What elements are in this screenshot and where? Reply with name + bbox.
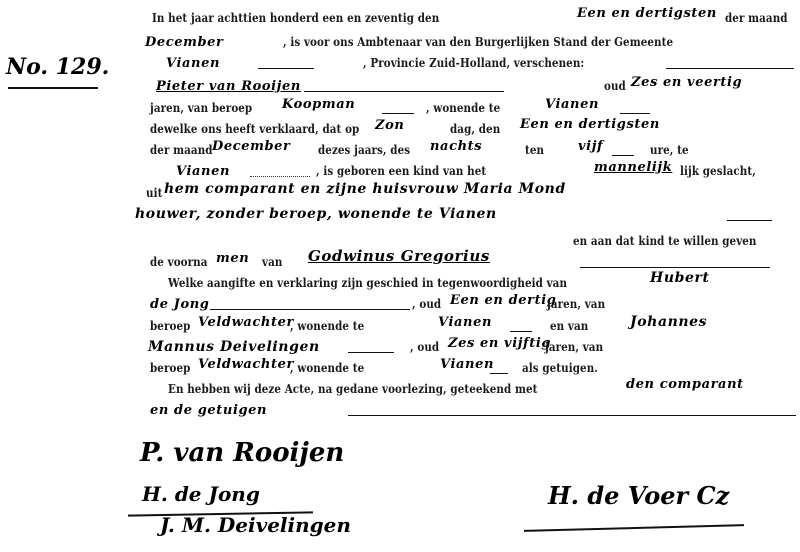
fill-rule — [727, 219, 772, 221]
record-line-14: de Jong , oud Een en dertig jaren, van — [150, 296, 209, 313]
fill-rule — [580, 266, 770, 268]
record-line-18: En hebben wij deze Acte, na gedane voorl… — [168, 381, 598, 397]
printed-text: lijk geslacht, — [680, 163, 756, 179]
fill-rule — [382, 112, 414, 114]
record-line-5: jaren, van beroep Koopman , wonende te V… — [150, 100, 269, 116]
record-line-19: en de getuigen — [150, 402, 267, 419]
printed-text: , is geboren een kind van het — [316, 163, 486, 179]
handwritten-declarant-name: Pieter van Rooijen — [156, 79, 301, 94]
handwritten-residence: Vianen — [545, 97, 599, 113]
fill-rule — [510, 330, 532, 332]
signature-declarant: P. van Rooijen — [140, 438, 344, 468]
handwritten-parents: hem comparant en zijne huisvrouw Maria M… — [164, 181, 566, 197]
record-line-10: houwer, zonder beroep, wonende te Vianen — [135, 206, 497, 222]
printed-text: , wonende te — [290, 360, 364, 376]
printed-text: en aan dat kind te willen geven — [573, 233, 757, 249]
printed-text: , is voor ons Ambtenaar van den Burgerli… — [283, 34, 673, 50]
handwritten-birth-month: December — [212, 139, 291, 155]
handwritten-birthplace: Vianen — [176, 164, 230, 179]
printed-text: jaren, van — [547, 296, 605, 312]
record-line-9: uit hem comparant en zijne huisvrouw Mar… — [146, 185, 165, 201]
handwritten-mother-continued: houwer, zonder beroep, wonende te Vianen — [135, 206, 497, 222]
printed-text: Welke aangifte en verklaring zijn geschi… — [168, 275, 567, 291]
signature-flourish — [524, 524, 744, 531]
handwritten-day: Een en dertigsten — [577, 6, 717, 22]
register-number: No. 129. — [6, 54, 109, 80]
printed-text: En hebben wij deze Acte, na gedane voorl… — [168, 381, 537, 397]
printed-text: ure, te — [650, 142, 689, 158]
fill-rule — [490, 372, 508, 374]
handwritten-signed-with-continued: en de getuigen — [150, 403, 267, 418]
record-line-11: en aan dat kind te willen geven — [573, 233, 786, 249]
record-line-8: Vianen , is geboren een kind van het man… — [176, 163, 230, 180]
printed-text: In het jaar achttien honderd een en zeve… — [152, 10, 439, 26]
printed-text: jaren, van beroep — [150, 100, 252, 116]
fill-rule — [304, 90, 504, 92]
handwritten-witness1-residence: Vianen — [438, 315, 492, 331]
printed-text: de voorna — [150, 254, 208, 270]
printed-text: van — [262, 254, 282, 270]
civil-register-birth-record: No. 129. In het jaar achttien honderd ee… — [0, 0, 800, 552]
printed-text: jaren, van — [545, 339, 603, 355]
handwritten-plural-suffix: men — [216, 251, 249, 267]
record-line-1: In het jaar achttien honderd een en zeve… — [152, 10, 486, 26]
handwritten-birth-day: Een en dertigsten — [520, 117, 660, 133]
printed-text: ten — [525, 142, 544, 158]
fill-rule — [348, 351, 394, 353]
handwritten-occupation: Koopman — [282, 97, 355, 113]
handwritten-signed-with: den comparant — [626, 377, 744, 393]
printed-text: als getuigen. — [522, 360, 598, 376]
handwritten-time-of-day: nachts — [430, 139, 482, 155]
handwritten-weekday: Zon — [375, 118, 404, 134]
fill-rule — [348, 414, 796, 416]
printed-text: dewelke ons heeft verklaard, dat op — [150, 121, 359, 137]
printed-text: , Provincie Zuid-Holland, verschenen: — [363, 55, 584, 71]
fill-rule — [612, 154, 634, 156]
handwritten-witness1-last: de Jong — [150, 297, 209, 312]
printed-text: , oud — [412, 296, 441, 312]
signature-registrar: H. de Voer Cz — [548, 481, 729, 510]
fill-rule — [210, 308, 410, 310]
handwritten-witness2-age: Zes en vijftig — [448, 336, 551, 352]
fill-rule — [620, 112, 650, 114]
printed-text: , wonende te — [426, 100, 500, 116]
record-line-15: beroep Veldwachter , wonende te Vianen e… — [150, 318, 197, 334]
record-line-7: der maand December dezes jaars, des nach… — [150, 142, 223, 158]
record-line-6: dewelke ons heeft verklaard, dat op Zon … — [150, 121, 393, 137]
printed-text: beroep — [150, 318, 190, 334]
record-line-4: Pieter van Rooijen oud Zes en veertig — [156, 78, 301, 95]
record-line-2: December , is voor ons Ambtenaar van den… — [145, 34, 224, 51]
record-line-12: de voorna men van Godwinus Gregorius — [150, 254, 217, 270]
register-number-underline — [8, 87, 98, 89]
fill-rule — [258, 67, 314, 69]
record-line-3: Vianen , Provincie Zuid-Holland, versche… — [166, 55, 220, 72]
handwritten-witness2-occupation: Veldwachter — [198, 357, 294, 373]
handwritten-witness2-last: Mannus Deivelingen — [148, 339, 320, 355]
fill-rule — [250, 175, 310, 177]
handwritten-witness1-first: Hubert — [650, 270, 710, 286]
printed-text: , wonende te — [290, 318, 364, 334]
record-line-17: beroep Veldwachter , wonende te Vianen a… — [150, 360, 197, 376]
printed-text: der maand — [150, 142, 213, 158]
printed-text: der maand — [725, 10, 788, 26]
handwritten-age: Zes en veertig — [631, 75, 742, 91]
handwritten-month: December — [145, 35, 224, 50]
record-line-13: Welke aangifte en verklaring zijn geschi… — [168, 275, 632, 291]
printed-text: en van — [550, 318, 588, 334]
handwritten-sex: mannelijk — [594, 160, 672, 176]
printed-text: uit — [146, 185, 162, 201]
handwritten-witness2-residence: Vianen — [440, 357, 494, 373]
handwritten-child-names: Godwinus Gregorius — [308, 248, 490, 264]
printed-text: beroep — [150, 360, 190, 376]
signature-witness-1: H. de Jong — [142, 482, 260, 506]
printed-text: dag, den — [450, 121, 500, 137]
printed-text: oud — [604, 78, 626, 94]
signature-witness-2: J. M. Deivelingen — [160, 513, 351, 537]
record-line-16: Mannus Deivelingen , oud Zes en vijftig … — [148, 339, 320, 355]
printed-text: dezes jaars, des — [318, 142, 410, 158]
handwritten-witness1-occupation: Veldwachter — [198, 315, 294, 331]
printed-text: , oud — [410, 339, 439, 355]
handwritten-witness2-first: Johannes — [630, 314, 707, 330]
fill-rule — [666, 67, 794, 69]
handwritten-witness1-age: Een en dertig — [450, 293, 556, 309]
handwritten-municipality: Vianen — [166, 56, 220, 71]
handwritten-hour: vijf — [578, 139, 603, 155]
